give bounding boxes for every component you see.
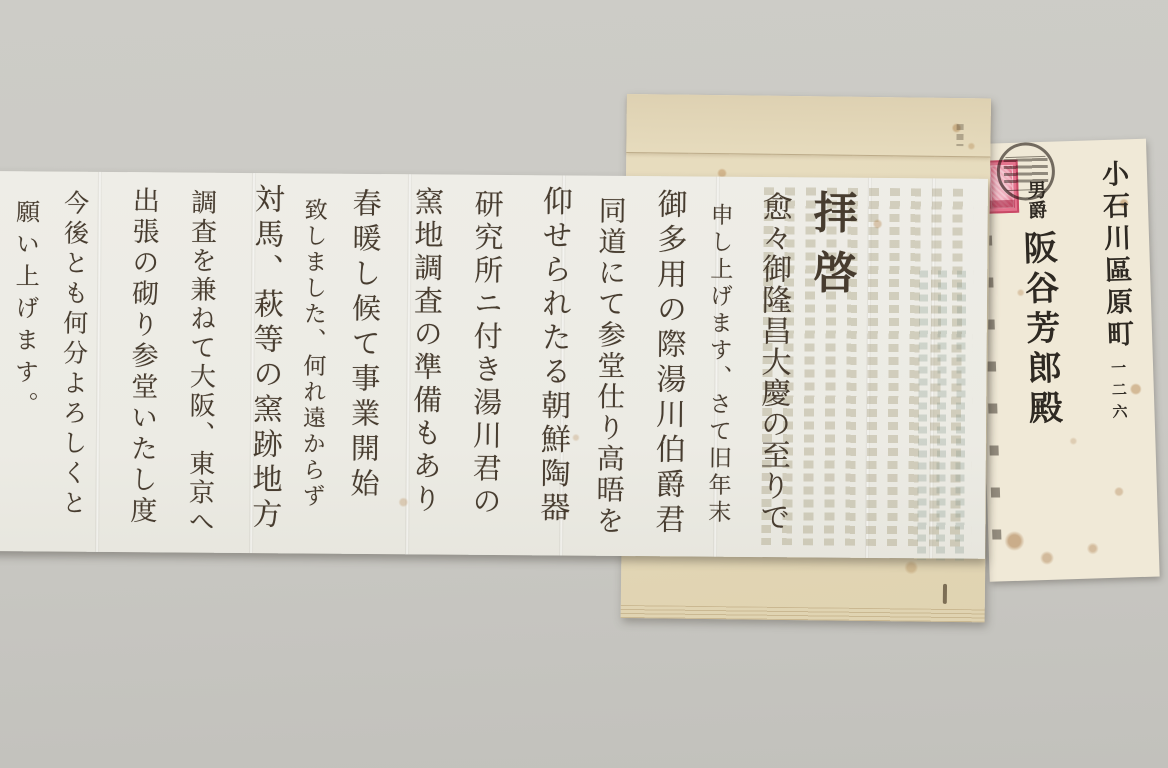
calligraphy-column-14: 今後とも何分よろしくと — [54, 190, 93, 542]
calligraphy-column-1: 拝啓 — [796, 189, 863, 541]
calligraphy-column-7: 研究所ニ付き湯川君の — [465, 189, 509, 541]
address-number: 一二六 — [1109, 351, 1129, 426]
address-text: 小石川區原町 — [1097, 159, 1134, 352]
addressee-name: 阪谷芳郎殿 — [1016, 220, 1063, 431]
calligraphy-column-9: 春暖し候て事業開始 — [343, 188, 387, 540]
small-print-mark — [956, 124, 963, 146]
calligraphy-column-13: 出張の砌り参堂いたし度 — [121, 186, 163, 538]
calligraphy-column-2: 愈々御隆昌大慶の至りで — [749, 191, 796, 543]
calligraphy-column-15: 願い上げます。 — [6, 199, 44, 551]
calligraphy-column-3: 申し上げます、さて旧年末 — [701, 203, 737, 555]
photo-scene: 小石川區原町一二六 男爵阪谷芳郎殿 拝啓 愈々御隆昌大慶の至りで 申し上げます、… — [0, 0, 1168, 768]
calligraphy-column-8: 窯地調査の準備もあり — [405, 186, 449, 538]
calligraphy-column-6: 仰せられたる朝鮮陶器 — [529, 185, 576, 537]
envelope: 小石川區原町一二六 男爵阪谷芳郎殿 — [976, 139, 1160, 582]
ink-mark — [943, 584, 947, 604]
calligraphy-column-5: 同道にて参堂仕り高晤を — [588, 196, 631, 548]
calligraphy-column-4: 御多用の際湯川伯爵君 — [644, 188, 691, 540]
calligraphy-column-11: 対馬、萩等の窯跡地方 — [241, 183, 288, 535]
calligraphy-column-10: 致しました、何れ遠からず — [295, 197, 331, 549]
addressee-title: 男爵 — [1024, 180, 1047, 221]
letter-sheet: 拝啓 愈々御隆昌大慶の至りで 申し上げます、さて旧年末 御多用の際湯川伯爵君 同… — [0, 171, 988, 559]
calligraphy-column-12: 調査を兼ねて大阪、東京へ — [181, 189, 221, 541]
